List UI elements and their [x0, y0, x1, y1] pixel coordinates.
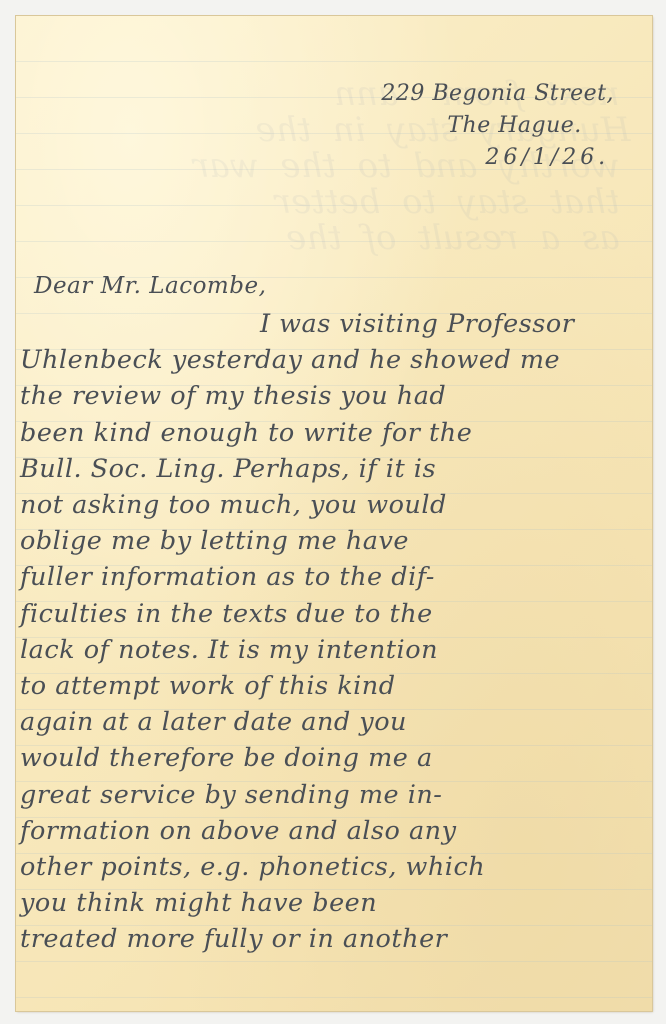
- body-line: you think might have been: [20, 885, 650, 921]
- salutation: Dear Mr. Lacombe,: [34, 268, 266, 304]
- letter-body: I was visiting Professor Uhlenbeck yeste…: [20, 306, 650, 958]
- address-street: 229 Begonia Street,: [381, 78, 614, 110]
- body-line: formation on above and also any: [20, 813, 650, 849]
- letter-page: next from ann Hungary stay in the worthy…: [16, 16, 652, 1011]
- body-line: other points, e.g. phonetics, which: [20, 849, 650, 885]
- body-line: fuller information as to the dif-: [20, 559, 650, 595]
- body-line: great service by sending me in-: [20, 777, 650, 813]
- body-line: the review of my thesis you had: [20, 378, 650, 414]
- letter-date: 26/1/26.: [485, 142, 614, 174]
- body-line: I was visiting Professor: [20, 306, 650, 342]
- body-line: Bull. Soc. Ling. Perhaps, if it is: [20, 451, 650, 487]
- body-line: oblige me by letting me have: [20, 523, 650, 559]
- body-line: lack of notes. It is my intention: [20, 632, 650, 668]
- sender-address: 229 Begonia Street, The Hague. 26/1/26.: [381, 78, 614, 174]
- body-line: again at a later date and you: [20, 704, 650, 740]
- body-line: treated more fully or in another: [20, 921, 650, 957]
- address-city: The Hague.: [447, 110, 614, 142]
- body-line: not asking too much, you would: [20, 487, 650, 523]
- body-line: to attempt work of this kind: [20, 668, 650, 704]
- body-line: been kind enough to write for the: [20, 415, 650, 451]
- body-line: ficulties in the texts due to the: [20, 596, 650, 632]
- body-line: Uhlenbeck yesterday and he showed me: [20, 342, 650, 378]
- body-line: would therefore be doing me a: [20, 740, 650, 776]
